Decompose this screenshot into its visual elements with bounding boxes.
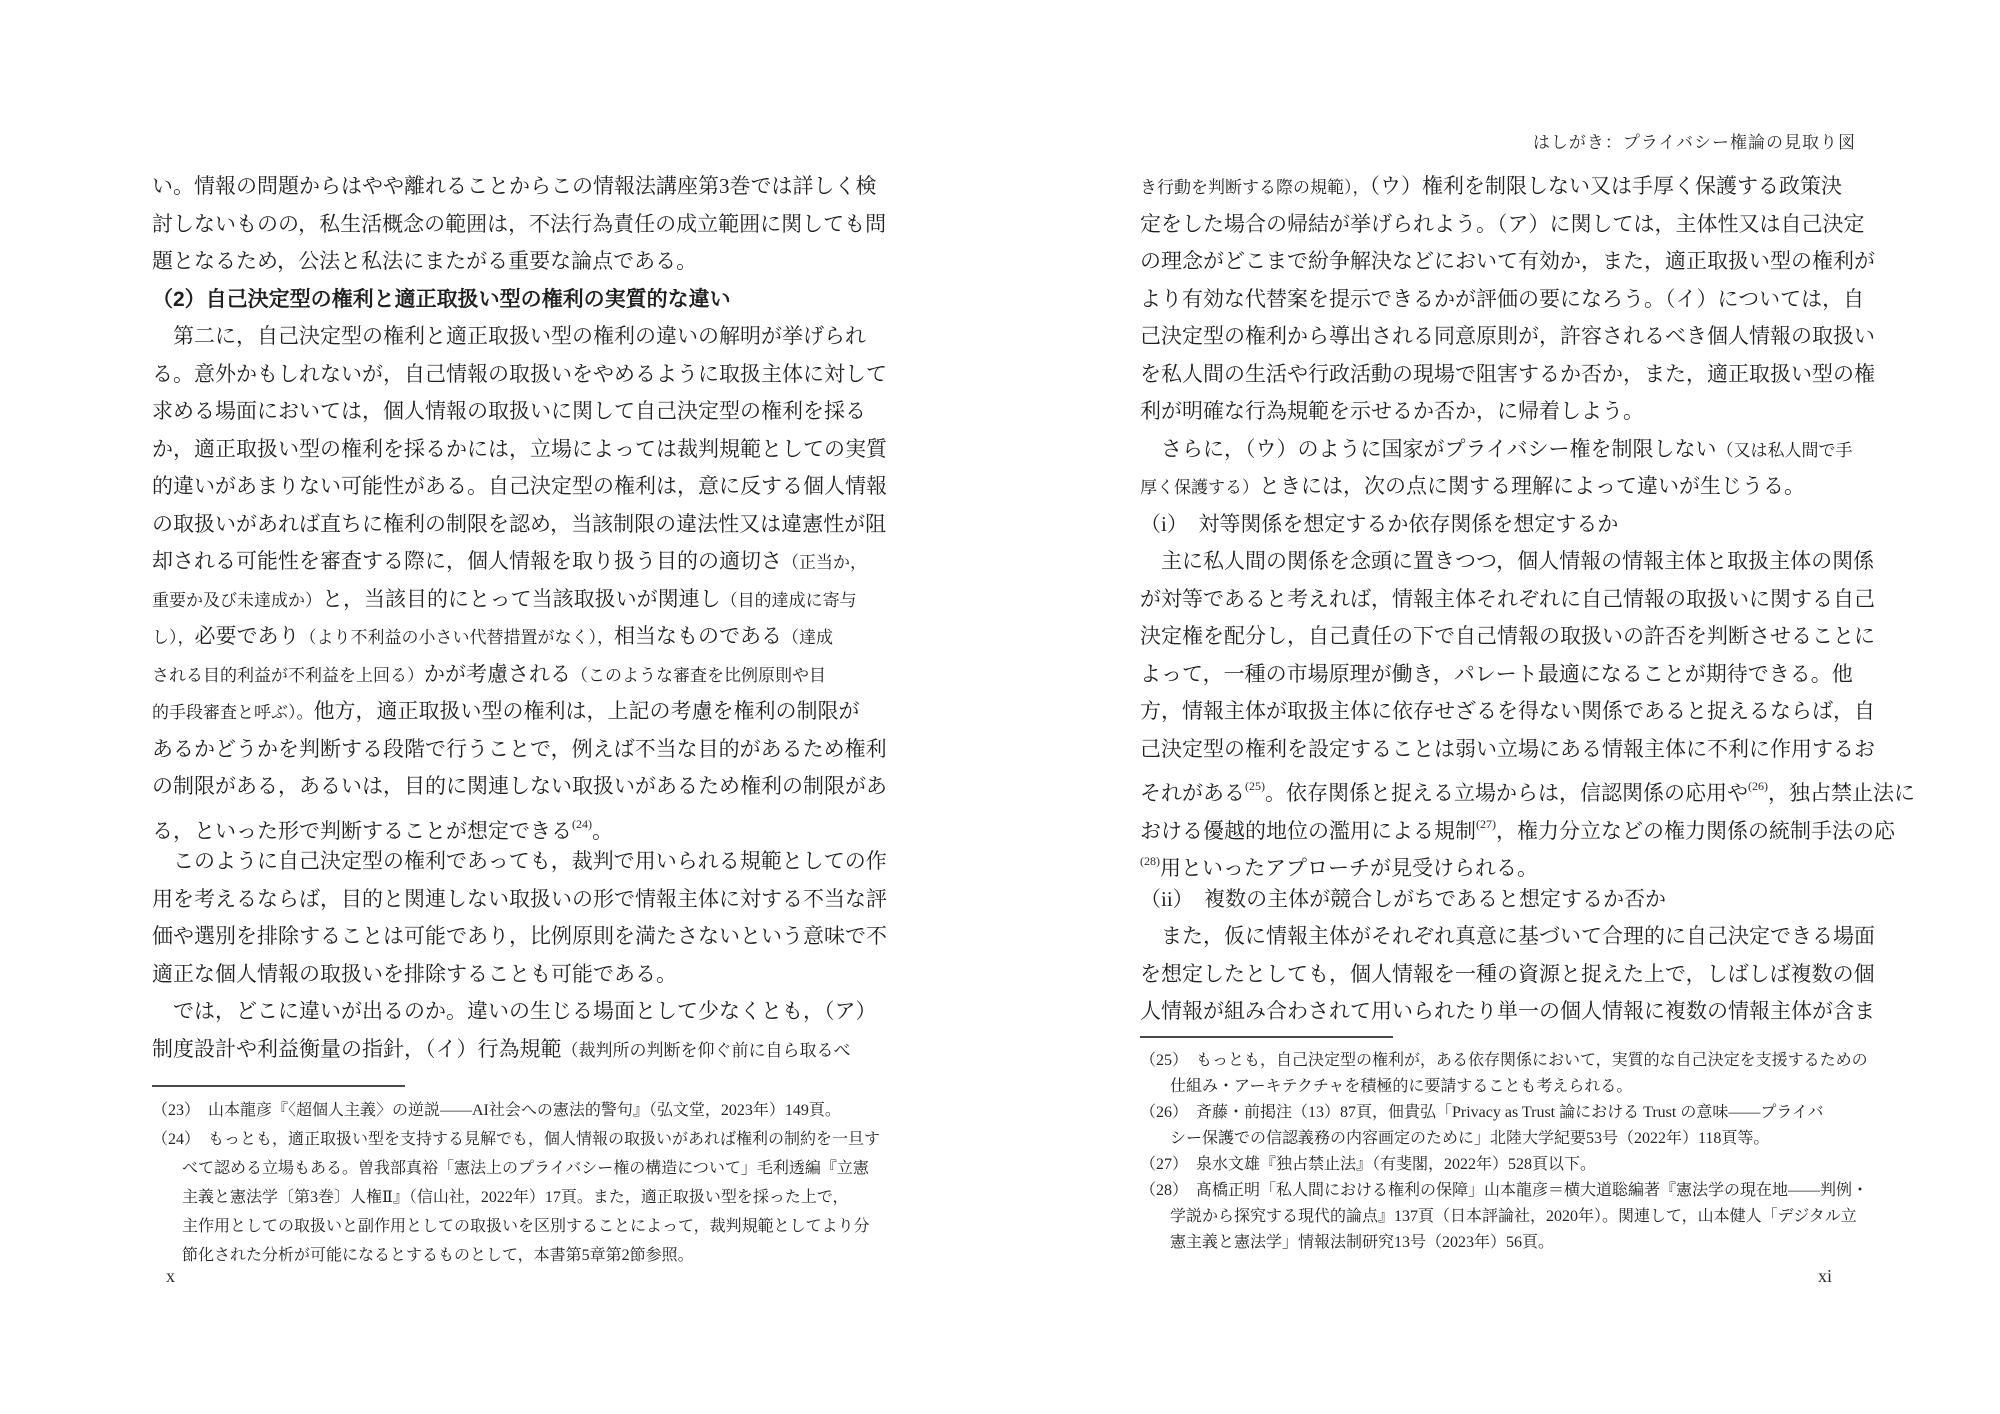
- text-line: さらに，（ウ）のように国家がプライバシー権を制限しない（又は私人間で手: [1140, 431, 1866, 469]
- text-segment: このように自己決定型の権利であっても，裁判で用いられる規範としての作: [152, 849, 887, 873]
- text-line: 的手段審査と呼ぶ）。他方，適正取扱い型の権利は，上記の考慮を権利の制限が: [152, 693, 878, 731]
- text-line: 利が明確な行為規範を示せるか否か，に帰着しよう。: [1140, 393, 1866, 431]
- right-page-body: き行動を判断する際の規範），（ウ）権利を制限しない又は手厚く保護する政策決定をし…: [1140, 168, 1866, 1031]
- text-line: より有効な代替案を提示できるかが評価の要になろう。（イ）については，自: [1140, 281, 1866, 319]
- text-line: 適正な個人情報の取扱いを排除することも可能である。: [152, 956, 878, 994]
- text-segment: る，といった形で判断することが想定できる: [152, 819, 572, 843]
- text-line: 価や選別を排除することは可能であり，比例原則を満たさないという意味で不: [152, 918, 878, 956]
- footnote-line: 主作用としての取扱いと副作用としての取扱いを区別することによって，裁判規範として…: [152, 1212, 897, 1241]
- text-line: 方，情報主体が取扱主体に依存せざるを得ない関係であると捉えるならば，自: [1140, 693, 1866, 731]
- text-segment: される目的利益が不利益を上回る）: [152, 666, 424, 685]
- text-segment: 。: [592, 819, 613, 843]
- footnote-line: 憲主義と憲法学」情報法制研究13号（2023年）56頁。: [1140, 1230, 1885, 1256]
- footnote-line: （24） もっとも，適正取扱い型を支持する見解でも，個人情報の取扱いがあれば権利…: [152, 1125, 897, 1154]
- text-segment: と，当該目的にとって当該取扱いが関連し: [322, 587, 721, 611]
- text-segment: （又は私人間で手: [1716, 441, 1852, 460]
- text-line: が対等であると考えれば，情報主体それぞれに自己情報の取扱いに関する自己: [1140, 581, 1866, 619]
- text-line: の理念がどこまで紛争解決などにおいて有効か，また，適正取扱い型の権利が: [1140, 243, 1866, 281]
- text-segment: 題となるため，公法と私法にまたがる重要な論点である。: [152, 249, 697, 273]
- text-line: し），必要であり（より不利益の小さい代替措置がなく），相当なものである（達成: [152, 618, 878, 656]
- text-segment: 相当なものである: [614, 624, 782, 648]
- text-segment: を私人間の生活や行政活動の現場で阻害するか否か，また，適正取扱い型の権: [1140, 362, 1875, 386]
- text-segment: 討しないものの，私生活概念の範囲は，不法行為責任の成立範囲に関しても問: [152, 212, 886, 236]
- text-line: このように自己決定型の権利であっても，裁判で用いられる規範としての作: [152, 843, 878, 881]
- text-line: おける優越的地位の濫用による規制(27)，権力分立などの権力関係の統制手法の応: [1140, 806, 1866, 844]
- text-segment: おける優越的地位の濫用による規制: [1140, 819, 1476, 843]
- text-line: き行動を判断する際の規範），（ウ）権利を制限しない又は手厚く保護する政策決: [1140, 168, 1866, 206]
- text-segment: （達成: [782, 628, 833, 647]
- text-line: 制度設計や利益衡量の指針，（イ）行為規範（裁判所の判断を仰ぐ前に自ら取るべ: [152, 1031, 878, 1069]
- text-segment: 方，情報主体が取扱主体に依存せざるを得ない関係であると捉えるならば，自: [1140, 699, 1875, 723]
- text-segment: （より不利益の小さい代替措置がなく），: [300, 628, 615, 647]
- text-segment: 利が明確な行為規範を示せるか否か，に帰着しよう。: [1140, 399, 1644, 423]
- text-line: を私人間の生活や行政活動の現場で阻害するか否か，また，適正取扱い型の権: [1140, 356, 1866, 394]
- text-line: される目的利益が不利益を上回る）かが考慮される（このような審査を比例原則や目: [152, 656, 878, 694]
- footnote-divider-left: [152, 1085, 405, 1087]
- footnote-marker: (25): [1245, 779, 1265, 793]
- text-segment: 価や選別を排除することは可能であり，比例原則を満たさないという意味で不: [152, 924, 887, 948]
- text-segment: 的手段審査と呼ぶ）。: [152, 703, 314, 722]
- text-line: か，適正取扱い型の権利を採るかには，立場によっては裁判規範としての実質: [152, 431, 878, 469]
- footnote-marker: (24): [572, 817, 592, 831]
- footnote-line: 節化された分析が可能になるとするものとして，本書第5章第2節参照。: [152, 1241, 897, 1270]
- footnote-line: （26） 斉藤・前掲注（13）87頁，佃貴弘「Privacy as Trust …: [1140, 1100, 1885, 1126]
- text-segment: 用を考えるならば，目的と関連しない取扱いの形で情報主体に対する不当な評: [152, 887, 887, 911]
- text-segment: を想定したとしても，個人情報を一種の資源と捉えた上で，しばしば複数の個: [1140, 962, 1875, 986]
- text-line: では，どこに違いが出るのか。違いの生じる場面として少なくとも，（ア）: [152, 993, 878, 1031]
- footnote-marker: (27): [1476, 817, 1496, 831]
- text-segment: 己決定型の権利から導出される同意原則が，許容されるべき個人情報の取扱い: [1140, 324, 1875, 348]
- section-heading: （2）自己決定型の権利と適正取扱い型の権利の実質的な違い: [152, 281, 878, 319]
- text-line: 重要か及び未達成か）と，当該目的にとって当該取扱いが関連し（目的達成に寄与: [152, 581, 878, 619]
- text-line: を想定したとしても，個人情報を一種の資源と捉えた上で，しばしば複数の個: [1140, 956, 1866, 994]
- text-line: 却される可能性を審査する際に，個人情報を取り扱う目的の適切さ（正当か，: [152, 543, 878, 581]
- text-segment: より有効な代替案を提示できるかが評価の要になろう。（イ）については，自: [1140, 287, 1864, 311]
- running-header: はしがき：プライバシー権論の見取り図: [1140, 128, 1856, 153]
- text-segment: の理念がどこまで紛争解決などにおいて有効か，また，適正取扱い型の権利が: [1140, 249, 1875, 273]
- text-line: （ii） 複数の主体が競合しがちであると想定するか否か: [1140, 881, 1866, 919]
- text-segment: （目的達成に寄与: [721, 591, 857, 610]
- text-line: また，仮に情報主体がそれぞれ真意に基づいて合理的に自己決定できる場面: [1140, 918, 1866, 956]
- text-line: 的違いがあまりない可能性がある。自己決定型の権利は，意に反する個人情報: [152, 468, 878, 506]
- text-segment: さらに，（ウ）のように国家がプライバシー権を制限しない: [1140, 437, 1716, 461]
- text-segment: の取扱いがあれば直ちに権利の制限を認め，当該制限の違法性又は違憲性が阻: [152, 512, 886, 536]
- text-line: 決定権を配分し，自己責任の下で自己情報の取扱いの許否を判断させることに: [1140, 618, 1866, 656]
- text-segment: ，独占禁止法に: [1768, 781, 1915, 805]
- text-line: 己決定型の権利を設定することは弱い立場にある情報主体に不利に作用するお: [1140, 731, 1866, 769]
- text-segment: 必要であり: [195, 624, 300, 648]
- footnote-line: （27） 泉水文雄『独占禁止法』（有斐閣，2022年）528頁以下。: [1140, 1152, 1885, 1178]
- page-number-right: xi: [1818, 1266, 1832, 1287]
- text-segment: き行動を判断する際の規範），: [1140, 178, 1370, 197]
- footnote-line: 学説から探究する現代的論点』137頁（日本評論社，2020年）。関連して，山本健…: [1140, 1204, 1885, 1230]
- text-line: 定をした場合の帰結が挙げられよう。（ア）に関しては，主体性又は自己決定: [1140, 206, 1866, 244]
- text-line: 人情報が組み合わされて用いられたり単一の個人情報に複数の情報主体が含ま: [1140, 993, 1866, 1031]
- text-segment: 定をした場合の帰結が挙げられよう。（ア）に関しては，主体性又は自己決定: [1140, 212, 1865, 236]
- text-segment: し），: [152, 628, 195, 647]
- text-segment: （裁判所の判断を仰ぐ前に自ら取るべ: [562, 1041, 851, 1060]
- footnote-line: 仕組み・アーキテクチャを積極的に要請することも考えられる。: [1140, 1074, 1885, 1100]
- page-number-left: x: [166, 1266, 175, 1287]
- text-segment: 。依存関係と捉える立場からは，信認関係の応用や: [1265, 781, 1748, 805]
- text-segment: （ウ）権利を制限しない又は手厚く保護する政策決: [1370, 174, 1843, 198]
- text-segment: （正当か，: [782, 553, 867, 572]
- text-line: よって，一種の市場原理が働き，パレート最適になることが期待できる。他: [1140, 656, 1866, 694]
- text-segment: る。意外かもしれないが，自己情報の取扱いをやめるように取扱主体に対して: [152, 362, 887, 386]
- footnote-line: べて認める立場もある。曽我部真裕「憲法上のプライバシー権の構造について」毛利透編…: [152, 1154, 897, 1183]
- text-segment: あるかどうかを判断する段階で行うことで，例えば不当な目的があるため権利: [152, 737, 887, 761]
- text-segment: 適正な個人情報の取扱いを排除することも可能である。: [152, 962, 677, 986]
- text-segment: 制度設計や利益衡量の指針，（イ）行為規範: [152, 1037, 562, 1061]
- footnote-marker: (28): [1140, 854, 1160, 868]
- text-segment: また，仮に情報主体がそれぞれ真意に基づいて合理的に自己決定できる場面: [1140, 924, 1875, 948]
- text-segment: の制限がある，あるいは，目的に関連しない取扱いがあるため権利の制限があ: [152, 774, 887, 798]
- text-segment: 己決定型の権利を設定することは弱い立場にある情報主体に不利に作用するお: [1140, 737, 1875, 761]
- text-segment: 用といったアプローチが見受けられる。: [1160, 856, 1538, 880]
- text-line: 己決定型の権利から導出される同意原則が，許容されるべき個人情報の取扱い: [1140, 318, 1866, 356]
- text-line: 用を考えるならば，目的と関連しない取扱いの形で情報主体に対する不当な評: [152, 881, 878, 919]
- text-segment: よって，一種の市場原理が働き，パレート最適になることが期待できる。他: [1140, 662, 1853, 686]
- text-line: 討しないものの，私生活概念の範囲は，不法行為責任の成立範囲に関しても問: [152, 206, 878, 244]
- text-line: る，といった形で判断することが想定できる(24)。: [152, 806, 878, 844]
- text-line: それがある(25)。依存関係と捉える立場からは，信認関係の応用や(26)，独占禁…: [1140, 768, 1866, 806]
- text-line: 求める場面においては，個人情報の取扱いに関して自己決定型の権利を採る: [152, 393, 878, 431]
- footnote-line: シー保護での信認義務の内容画定のために」北陸大学紀要53号（2022年）118頁…: [1140, 1126, 1885, 1152]
- text-segment: 的違いがあまりない可能性がある。自己決定型の権利は，意に反する個人情報: [152, 474, 887, 498]
- footnote-line: （28） 髙橋正明「私人間における権利の保障」山本龍彦＝横大道聡編著『憲法学の現…: [1140, 1178, 1885, 1204]
- left-page-footnotes: （23） 山本龍彦『〈超個人主義〉の逆説——AI社会への憲法的警句』（弘文堂，2…: [152, 1096, 897, 1270]
- text-segment: （ii） 複数の主体が競合しがちであると想定するか否か: [1140, 887, 1666, 911]
- text-segment: では，どこに違いが出るのか。違いの生じる場面として少なくとも，（ア）: [152, 999, 877, 1023]
- text-segment: （2）自己決定型の権利と適正取扱い型の権利の実質的な違い: [152, 288, 731, 311]
- text-segment: ときには，次の点に関する理解によって違いが生じうる。: [1259, 474, 1805, 498]
- text-segment: （i） 対等関係を想定するか依存関係を想定するか: [1140, 512, 1618, 536]
- text-line: （i） 対等関係を想定するか依存関係を想定するか: [1140, 506, 1866, 544]
- text-line: い。情報の問題からはやや離れることからこの情報法講座第3巻では詳しく検: [152, 168, 878, 206]
- footnote-divider-right: [1140, 1036, 1393, 1038]
- right-page-footnotes: （25） もっとも，自己決定型の権利が，ある依存関係において，実質的な自己決定を…: [1140, 1048, 1885, 1256]
- text-segment: か，適正取扱い型の権利を採るかには，立場によっては裁判規範としての実質: [152, 437, 887, 461]
- footnote-marker: (26): [1748, 779, 1768, 793]
- text-line: の取扱いがあれば直ちに権利の制限を認め，当該制限の違法性又は違憲性が阻: [152, 506, 878, 544]
- text-segment: （このような審査を比例原則や目: [571, 666, 826, 685]
- text-line: 題となるため，公法と私法にまたがる重要な論点である。: [152, 243, 878, 281]
- footnote-line: （23） 山本龍彦『〈超個人主義〉の逆説——AI社会への憲法的警句』（弘文堂，2…: [152, 1096, 897, 1125]
- footnote-line: （25） もっとも，自己決定型の権利が，ある依存関係において，実質的な自己決定を…: [1140, 1048, 1885, 1074]
- text-line: の制限がある，あるいは，目的に関連しない取扱いがあるため権利の制限があ: [152, 768, 878, 806]
- text-line: 主に私人間の関係を念頭に置きつつ，個人情報の情報主体と取扱主体の関係: [1140, 543, 1866, 581]
- text-segment: が対等であると考えれば，情報主体それぞれに自己情報の取扱いに関する自己: [1140, 587, 1875, 611]
- text-line: る。意外かもしれないが，自己情報の取扱いをやめるように取扱主体に対して: [152, 356, 878, 394]
- text-segment: 第二に，自己決定型の権利と適正取扱い型の権利の違いの解明が挙げられ: [152, 324, 866, 348]
- text-segment: 決定権を配分し，自己責任の下で自己情報の取扱いの許否を判断させることに: [1140, 624, 1875, 648]
- footnote-line: 主義と憲法学〔第3巻〕人権Ⅱ』（信山社，2022年）17頁。また，適正取扱い型を…: [152, 1183, 897, 1212]
- text-segment: 主に私人間の関係を念頭に置きつつ，個人情報の情報主体と取扱主体の関係: [1140, 549, 1874, 573]
- text-line: 第二に，自己決定型の権利と適正取扱い型の権利の違いの解明が挙げられ: [152, 318, 878, 356]
- text-line: 厚く保護する）ときには，次の点に関する理解によって違いが生じうる。: [1140, 468, 1866, 506]
- left-page-body: い。情報の問題からはやや離れることからこの情報法講座第3巻では詳しく検討しないも…: [152, 168, 878, 1068]
- text-segment: かが考慮される: [424, 662, 571, 686]
- text-segment: 求める場面においては，個人情報の取扱いに関して自己決定型の権利を採る: [152, 399, 866, 423]
- text-segment: 厚く保護する）: [1140, 478, 1259, 497]
- text-segment: 重要か及び未達成か）: [152, 591, 322, 610]
- text-segment: 人情報が組み合わされて用いられたり単一の個人情報に複数の情報主体が含ま: [1140, 999, 1875, 1023]
- text-segment: ，権力分立などの権力関係の統制手法の応: [1496, 819, 1895, 843]
- text-segment: い。情報の問題からはやや離れることからこの情報法講座第3巻では詳しく検: [152, 174, 877, 198]
- text-line: あるかどうかを判断する段階で行うことで，例えば不当な目的があるため権利: [152, 731, 878, 769]
- text-segment: 他方，適正取扱い型の権利は，上記の考慮を権利の制限が: [314, 699, 860, 723]
- text-line: (28)用といったアプローチが見受けられる。: [1140, 843, 1866, 881]
- text-segment: 却される可能性を審査する際に，個人情報を取り扱う目的の適切さ: [152, 549, 782, 573]
- text-segment: それがある: [1140, 781, 1245, 805]
